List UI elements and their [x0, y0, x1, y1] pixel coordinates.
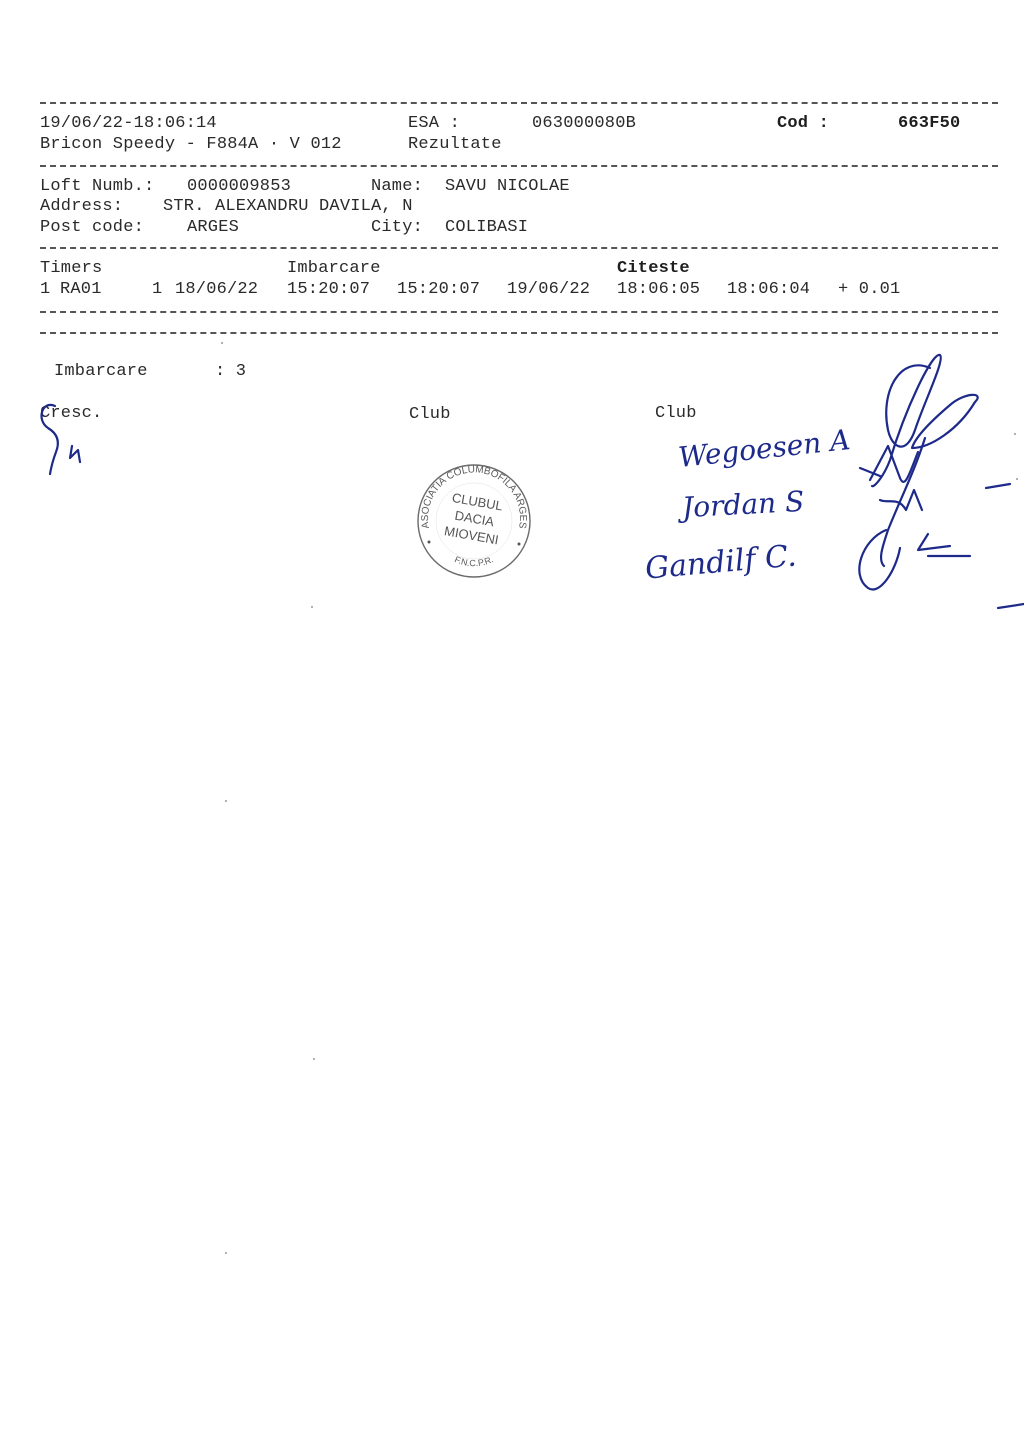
timers-header: Timers [40, 259, 102, 279]
handwritten-name-1: Wegoesen A [677, 423, 852, 474]
separator-timers-2 [40, 332, 998, 334]
club-stamp: ASOCIATIA COLUMBOFILA ARGES F.N.C.P.R. C… [415, 462, 533, 580]
separator-fancier [40, 247, 998, 249]
device-name: Bricon Speedy - F884A · V 012 [40, 135, 342, 155]
scan-speck [1014, 433, 1016, 435]
basket-time-1: 15:20:07 [287, 280, 370, 300]
postcode-label: Post code: [40, 218, 144, 238]
scan-speck [225, 1252, 227, 1254]
basket-time-2: 15:20:07 [397, 280, 480, 300]
deviation: + 0.01 [838, 280, 900, 300]
cod-label: Cod : [777, 114, 829, 134]
timer-count: 1 [152, 280, 162, 300]
read-date: 19/06/22 [507, 280, 590, 300]
name-label: Name: [371, 177, 423, 197]
read-time-1: 18:06:05 [617, 280, 700, 300]
imbarcare-summary-label: Imbarcare [54, 362, 148, 382]
separator-header [40, 165, 998, 167]
scan-speck [311, 606, 313, 608]
timer-index: 1 [40, 280, 50, 300]
handwritten-name-3: Gandilf C. [644, 538, 798, 586]
imbarcare-header: Imbarcare [287, 259, 381, 279]
scan-speck [221, 342, 223, 344]
loft-value: 0000009853 [187, 177, 291, 197]
address-value: STR. ALEXANDRU DAVILA, N [163, 197, 413, 217]
esa-value: 063000080B [532, 114, 636, 134]
stamp-bottom-text: F.N.C.P.R. [453, 554, 495, 568]
club-label-2: Club [655, 404, 697, 424]
svg-text:F.N.C.P.R.: F.N.C.P.R. [453, 554, 495, 568]
scan-speck [1016, 478, 1018, 480]
citeste-header: Citeste [617, 259, 690, 279]
loft-label: Loft Numb.: [40, 177, 154, 197]
address-label: Address: [40, 197, 123, 217]
basket-date: 18/06/22 [175, 280, 258, 300]
cod-value: 663F50 [898, 114, 960, 134]
member-signature-1 [872, 355, 941, 486]
esa-label: ESA : [408, 114, 460, 134]
scan-speck [313, 1058, 315, 1060]
timer-id: RA01 [60, 280, 102, 300]
separator-timers-1 [40, 311, 998, 313]
cresc-label: Cresc. [40, 404, 102, 424]
handwritten-name-2: Jordan S [681, 485, 805, 524]
city-value: COLIBASI [445, 218, 528, 238]
club-label-1: Club [409, 405, 451, 425]
city-label: City: [371, 218, 423, 238]
separator-top [40, 102, 998, 104]
imbarcare-summary-value: : 3 [215, 362, 246, 382]
read-time-2: 18:06:04 [727, 280, 810, 300]
report-type: Rezultate [408, 135, 502, 155]
postcode-value: ARGES [187, 218, 239, 238]
scan-speck [225, 800, 227, 802]
report-datetime: 19/06/22-18:06:14 [40, 114, 217, 134]
name-value: SAVU NICOLAE [445, 177, 570, 197]
